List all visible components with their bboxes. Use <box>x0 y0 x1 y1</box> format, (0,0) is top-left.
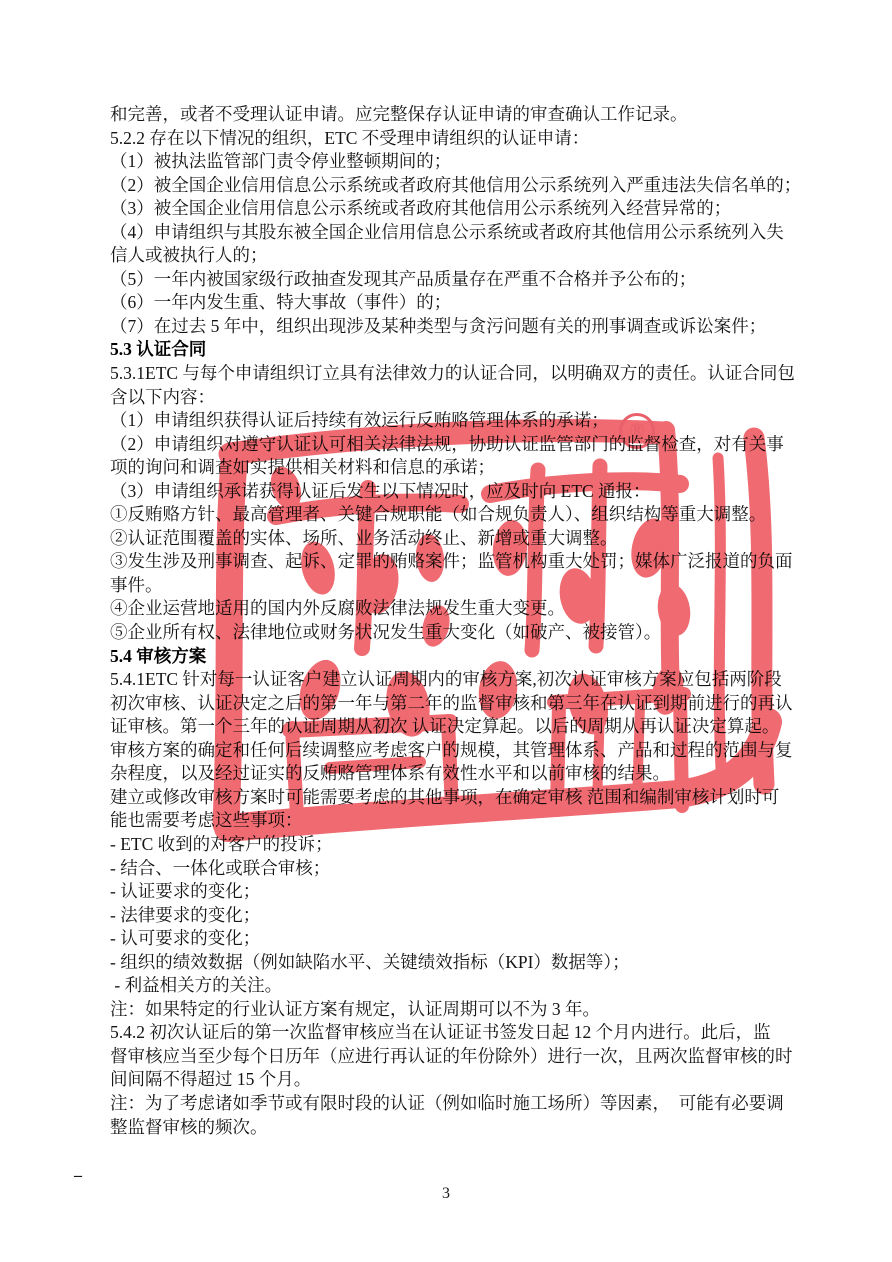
text-line: - 结合、一体化或联合审核； <box>110 857 788 881</box>
text-line: 整监督审核的频次。 <box>110 1116 788 1140</box>
text-line: 信人或被执行人的； <box>110 244 788 268</box>
text-line: 事件。 <box>110 574 788 598</box>
section-heading: 5.3 认证合同 <box>110 338 788 362</box>
text-line: 注：为了考虑诸如季节或有限时段的认证（例如临时施工场所）等因素， 可能有必要调 <box>110 1092 788 1116</box>
text-line: 含以下内容： <box>110 386 788 410</box>
text-line: 建立或修改审核方案时可能需要考虑的其他事项，在确定审核 范围和编制审核计划时可 <box>110 786 788 810</box>
text-line: （3）被全国企业信用信息公示系统或者政府其他信用公示系统列入经营异常的； <box>110 197 788 221</box>
text-line: 注：如果特定的行业认证方案有规定，认证周期可以不为 3 年。 <box>110 998 788 1022</box>
text-line: - 认可要求的变化； <box>110 927 788 951</box>
text-line: 5.3.1ETC 与每个申请组织订立具有法律效力的认证合同，以明确双方的责任。认… <box>110 362 788 386</box>
text-line: 审核方案的确定和任何后续调整应考虑客户的规模，其管理体系、产品和过程的范围与复 <box>110 739 788 763</box>
text-line: （4）申请组织与其股东被全国企业信用信息公示系统或者政府其他信用公示系统列入失 <box>110 221 788 245</box>
text-line: - 利益相关方的关注。 <box>110 974 788 998</box>
text-line: - 组织的绩效数据（例如缺陷水平、关键绩效指标（KPI）数据等）； <box>110 951 788 975</box>
text-line: - ETC 收到的对客户的投诉； <box>110 833 788 857</box>
footer-underscore-mark: _ <box>74 1162 82 1180</box>
text-line: - 法律要求的变化； <box>110 904 788 928</box>
text-line: （7）在过去 5 年中，组织出现涉及某种类型与贪污问题有关的刑事调查或诉讼案件； <box>110 315 788 339</box>
text-line: 和完善，或者不受理认证申请。应完整保存认证申请的审查确认工作记录。 <box>110 103 788 127</box>
text-line: （1）申请组织获得认证后持续有效运行反贿赂管理体系的承诺； <box>110 409 788 433</box>
text-line: ⑤企业所有权、法律地位或财务状况发生重大变化（如破产、被接管）。 <box>110 621 788 645</box>
text-line: 项的询问和调查如实提供相关材料和信息的承诺； <box>110 456 788 480</box>
text-line: 初次审核、认证决定之后的第一年与第二年的监督审核和第三年在认证到期前进行的再认 <box>110 692 788 716</box>
text-line: ②认证范围覆盖的实体、场所、业务活动终止、新增或重大调整。 <box>110 527 788 551</box>
text-line: ④企业运营地适用的国内外反腐败法律法规发生重大变更。 <box>110 597 788 621</box>
text-line: 5.4.2 初次认证后的第一次监督审核应当在认证证书签发日起 12 个月内进行。… <box>110 1021 788 1045</box>
text-line: （5）一年内被国家级行政抽查发现其产品质量存在严重不合格并予公布的； <box>110 268 788 292</box>
section-heading: 5.4 审核方案 <box>110 645 788 669</box>
page-number: 3 <box>0 1185 892 1203</box>
text-line: （1）被执法监管部门责令停业整顿期间的； <box>110 150 788 174</box>
text-line: 5.2.2 存在以下情况的组织，ETC 不受理申请组织的认证申请： <box>110 127 788 151</box>
text-line: 5.4.1ETC 针对每一认证客户建立认证周期内的审核方案,初次认证审核方案应包… <box>110 668 788 692</box>
text-line: ③发生涉及刑事调查、起诉、定罪的贿赂案件；监管机构重大处罚；媒体广泛报道的负面 <box>110 550 788 574</box>
text-line: - 认证要求的变化； <box>110 880 788 904</box>
text-line: 证审核。第一个三年的认证周期从初次 认证决定算起。以后的周期从再认证决定算起。 <box>110 715 788 739</box>
document-text: 和完善，或者不受理认证申请。应完整保存认证申请的审查确认工作记录。5.2.2 存… <box>110 103 788 1139</box>
text-line: 督审核应当至少每个日历年（应进行再认证的年份除外）进行一次，且两次监督审核的时 <box>110 1045 788 1069</box>
text-line: （2）申请组织对遵守认证认可相关法律法规，协助认证监管部门的监督检查，对有关事 <box>110 433 788 457</box>
text-line: 间间隔不得超过 15 个月。 <box>110 1068 788 1092</box>
text-line: （6）一年内发生重、特大事故（事件）的； <box>110 291 788 315</box>
text-line: 能也需要考虑这些事项： <box>110 809 788 833</box>
text-line: （3）申请组织承诺获得认证后发生以下情况时，应及时向 ETC 通报： <box>110 480 788 504</box>
text-line: ①反贿赂方针、最高管理者、关键合规职能（如合规负责人）、组织结构等重大调整。 <box>110 503 788 527</box>
text-line: （2）被全国企业信用信息公示系统或者政府其他信用公示系统列入严重违法失信名单的； <box>110 174 788 198</box>
document-page: 和完善，或者不受理认证申请。应完整保存认证申请的审查确认工作记录。5.2.2 存… <box>0 0 892 1262</box>
text-line: 杂程度，以及经过证实的反贿赂管理体系有效性水平和以前审核的结果。 <box>110 762 788 786</box>
